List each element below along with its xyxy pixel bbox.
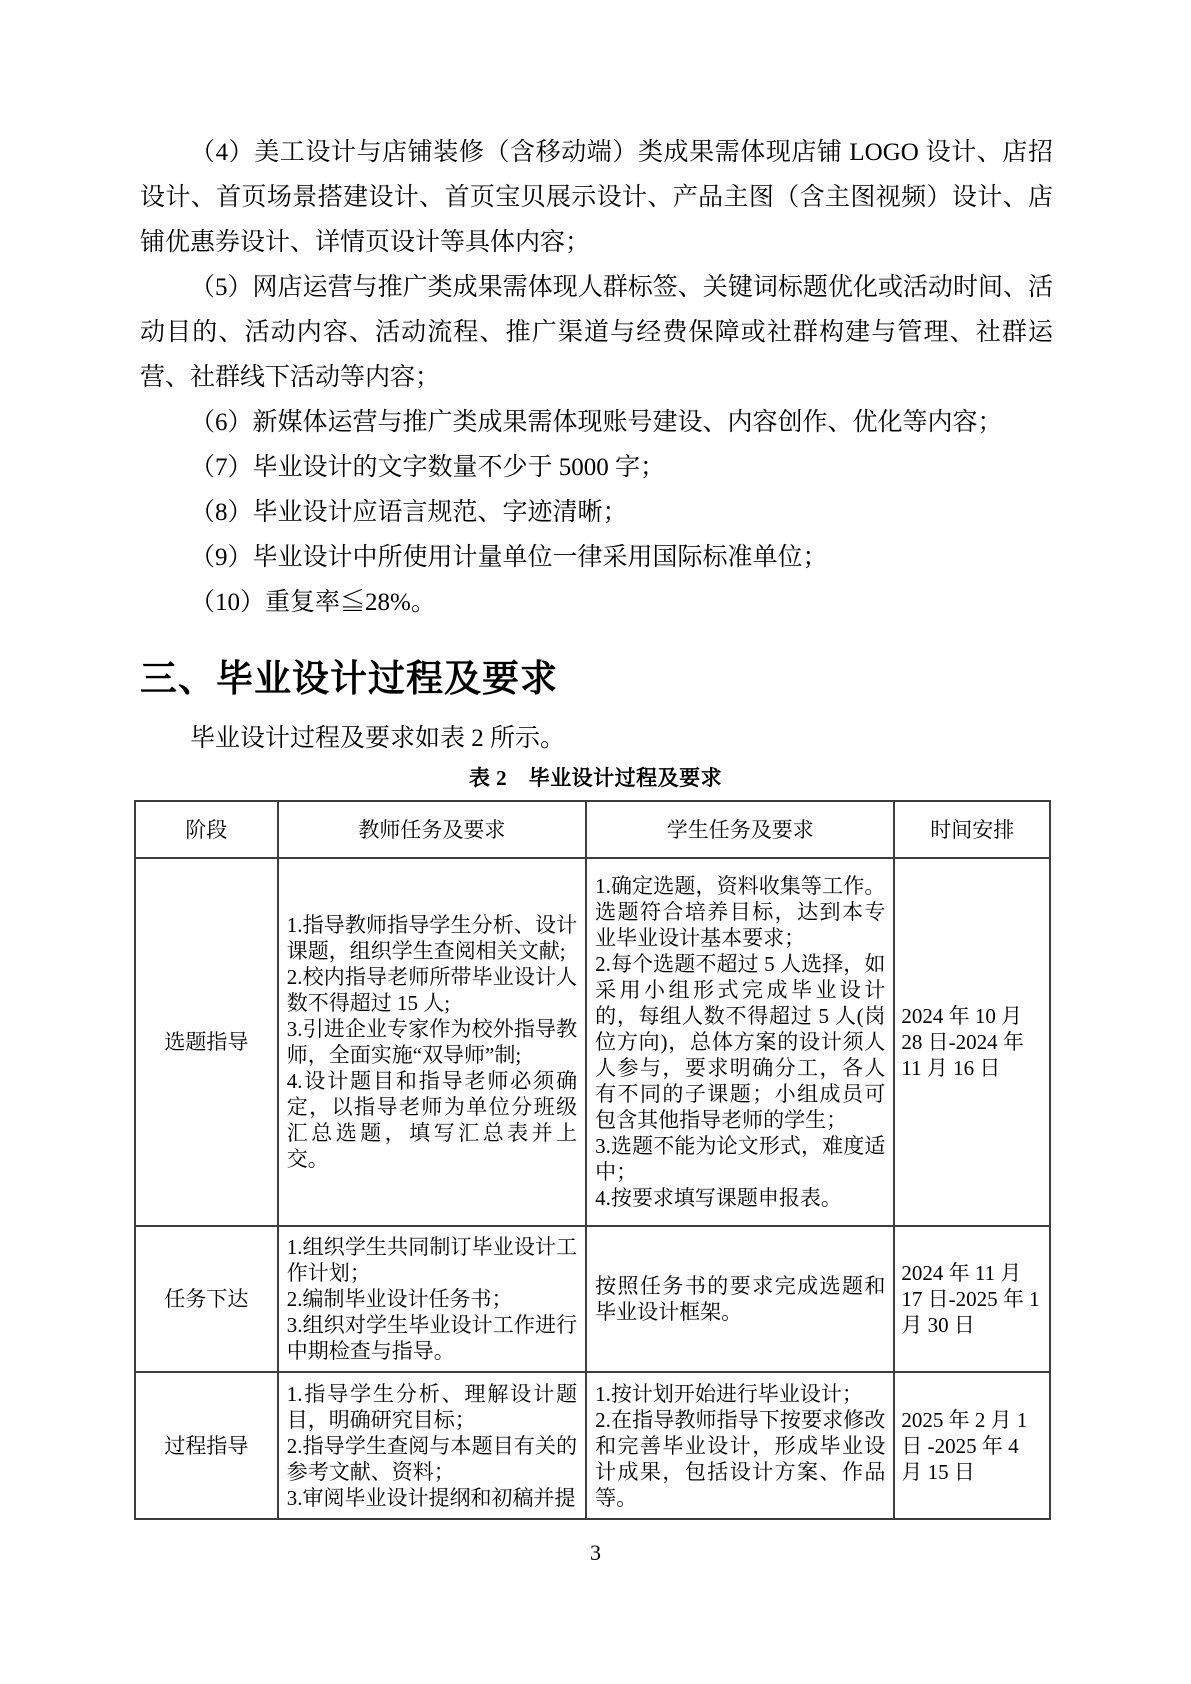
requirement-item-8: （8）毕业设计应语言规范、字迹清晰； [140,490,1053,535]
requirement-item-6: （6）新媒体运营与推广类成果需体现账号建设、内容创作、优化等内容； [140,400,1053,445]
requirements-list: （4）美工设计与店铺装修（含移动端）类成果需体现店铺 LOGO 设计、店招设计、… [140,130,1053,625]
requirement-item-5: （5）网店运营与推广类成果需体现人群标签、关键词标题优化或活动时间、活动目的、活… [140,265,1053,400]
teacher-tasks-cell: 1.指导学生分析、理解设计题目，明确研究目标；2.指导学生查阅与本题目有关的参考… [278,1372,586,1519]
time-cell: 2024 年 10 月 28 日-2024 年 11 月 16 日 [894,858,1050,1226]
student-tasks-cell: 1.确定选题，资料收集等工作。选题符合培养目标，达到本专业毕业设计基本要求；2.… [586,858,894,1226]
section-heading: 三、毕业设计过程及要求 [140,648,558,702]
col-header-student: 学生任务及要求 [586,801,894,858]
table-header-row: 阶段 教师任务及要求 学生任务及要求 时间安排 [135,801,1050,858]
col-header-teacher: 教师任务及要求 [278,801,586,858]
requirement-item-4: （4）美工设计与店铺装修（含移动端）类成果需体现店铺 LOGO 设计、店招设计、… [140,130,1053,265]
requirement-item-9: （9）毕业设计中所使用计量单位一律采用国际标准单位； [140,535,1053,580]
table-row: 任务下达 1.组织学生共同制订毕业设计工作计划；2.编制毕业设计任务书；3.组织… [135,1226,1050,1372]
table-row: 过程指导 1.指导学生分析、理解设计题目，明确研究目标；2.指导学生查阅与本题目… [135,1372,1050,1519]
process-requirements-table: 阶段 教师任务及要求 学生任务及要求 时间安排 选题指导 1.指导教师指导学生分… [134,800,1051,1520]
student-tasks-cell: 按照任务书的要求完成选题和毕业设计框架。 [586,1226,894,1372]
requirement-item-7: （7）毕业设计的文字数量不少于 5000 字； [140,445,1053,490]
time-cell: 2024 年 11 月 17 日-2025 年 1 月 30 日 [894,1226,1050,1372]
page-number: 3 [0,1540,1191,1566]
document-page: （4）美工设计与店铺装修（含移动端）类成果需体现店铺 LOGO 设计、店招设计、… [0,0,1191,1684]
requirement-item-10: （10）重复率≦28%。 [140,580,1053,625]
table-caption: 表 2 毕业设计过程及要求 [0,762,1191,792]
teacher-tasks-cell: 1.指导教师指导学生分析、设计课题，组织学生查阅相关文献;2.校内指导老师所带毕… [278,858,586,1226]
col-header-time: 时间安排 [894,801,1050,858]
stage-cell: 任务下达 [135,1226,278,1372]
teacher-tasks-cell: 1.组织学生共同制订毕业设计工作计划；2.编制毕业设计任务书；3.组织对学生毕业… [278,1226,586,1372]
stage-cell: 选题指导 [135,858,278,1226]
table-row: 选题指导 1.指导教师指导学生分析、设计课题，组织学生查阅相关文献;2.校内指导… [135,858,1050,1226]
col-header-stage: 阶段 [135,801,278,858]
stage-cell: 过程指导 [135,1372,278,1519]
student-tasks-cell: 1.按计划开始进行毕业设计；2.在指导教师指导下按要求修改和完善毕业设计，形成毕… [586,1372,894,1519]
table-intro: 毕业设计过程及要求如表 2 所示。 [140,716,1053,761]
time-cell: 2025 年 2 月 1 日 -2025 年 4 月 15 日 [894,1372,1050,1519]
